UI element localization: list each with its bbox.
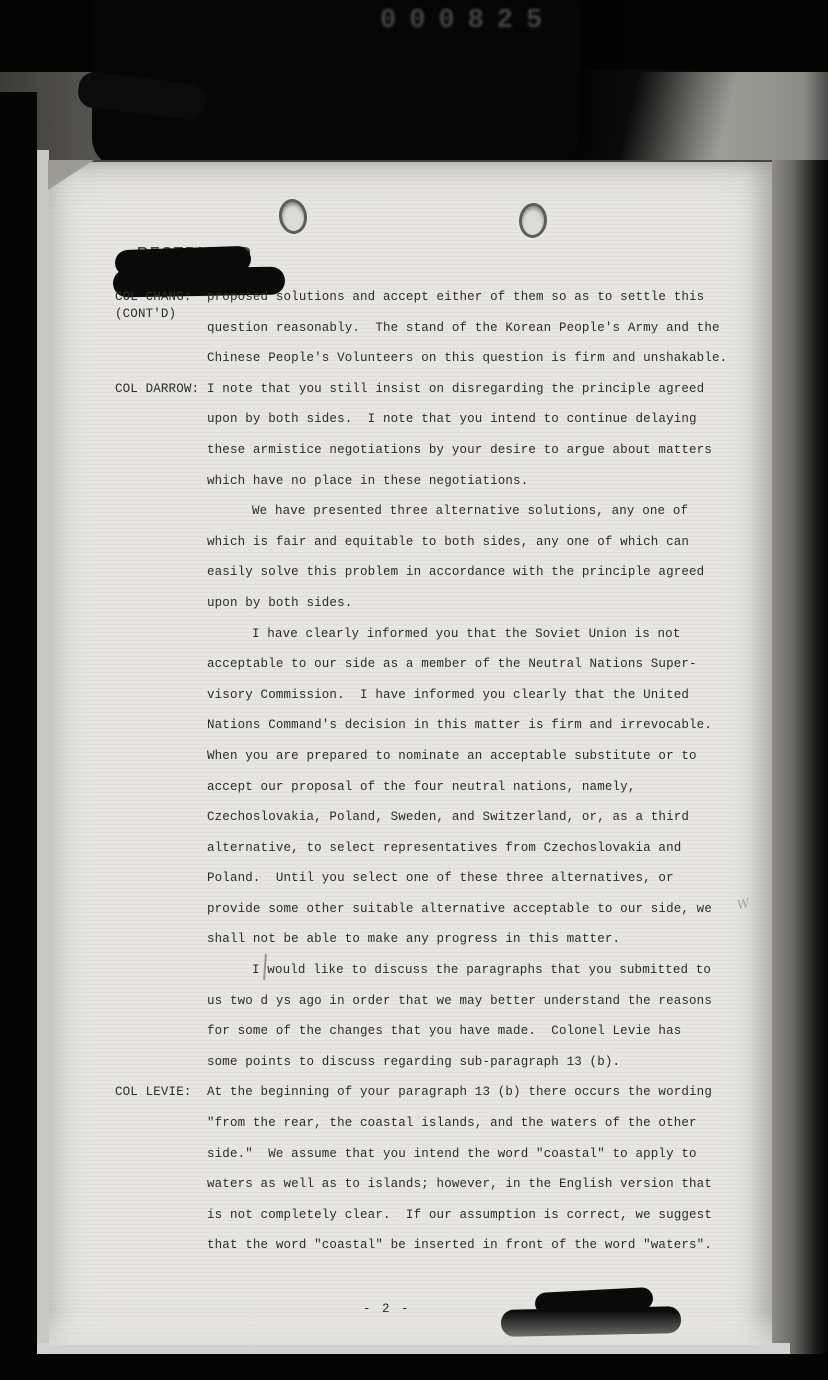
backing-sheet-left-edge [37,150,49,1354]
redaction-bar [535,1287,654,1315]
transcript-text: easily solve this problem in accordance … [207,565,704,579]
transcript-line: that the word "coastal" be inserted in f… [115,1238,735,1269]
transcript-line: We have presented three alternative solu… [115,504,735,535]
transcript-line: waters as well as to islands; however, i… [115,1177,735,1208]
transcript-text: provide some other suitable alternative … [207,902,712,916]
redaction-bar [501,1306,682,1337]
transcript-text: shall not be able to make any progress i… [207,932,620,946]
transcript-line: upon by both sides. I note that you inte… [115,412,735,443]
transcript-line: shall not be able to make any progress i… [115,932,735,963]
transcript-text: is not completely clear. If our assumpti… [207,1208,712,1222]
transcript-text: that the word "coastal" be inserted in f… [207,1238,712,1252]
pencil-mark: W [736,896,751,912]
film-left-black-edge [0,92,37,1380]
transcript-line: these armistice negotiations by your des… [115,443,735,474]
transcript-line: us two d ys ago in order that we may bet… [115,994,735,1025]
transcript-line: visory Commission. I have informed you c… [115,688,735,719]
transcript-line: Poland. Until you select one of these th… [115,871,735,902]
transcript-text: upon by both sides. [207,596,352,610]
device-arm [76,70,207,121]
transcript-text: At the beginning of your paragraph 13 (b… [207,1085,712,1099]
transcript-line: upon by both sides. [115,596,735,627]
transcript-text: which have no place in these negotiation… [207,474,528,488]
transcript-line: COL CHANG:(CONT'D)proposed solutions and… [115,290,735,321]
transcript-text: alternative, to select representatives f… [207,841,681,855]
transcript-line: I have clearly informed you that the Sov… [115,627,735,658]
transcript-text: I have clearly informed you that the Sov… [252,627,680,641]
transcript-text: for some of the changes that you have ma… [207,1024,681,1038]
transcript-line: accept our proposal of the four neutral … [115,780,735,811]
transcript-text: I would like to discuss the paragraphs t… [252,963,711,977]
counter-digits: 000825 [380,6,620,50]
transcript-text: visory Commission. I have informed you c… [207,688,689,702]
transcript-line: which is fair and equitable to both side… [115,535,735,566]
transcript-line: which have no place in these negotiation… [115,474,735,505]
page-corner-fold [48,160,94,190]
transcript-line: Nations Command's decision in this matte… [115,718,735,749]
page-number: - 2 - [363,1302,411,1316]
transcript-line: When you are prepared to nominate an acc… [115,749,735,780]
transcript-line: easily solve this problem in accordance … [115,565,735,596]
speaker-label: COL DARROW: [115,382,199,396]
transcript-line: is not completely clear. If our assumpti… [115,1208,735,1239]
transcript-text: some points to discuss regarding sub-par… [207,1055,620,1069]
punch-hole-left [277,197,310,236]
microfilm-photo-frame: 000825 RESTRICTED COL CHANG:(CONT'D)prop… [0,0,828,1380]
transcript-text: waters as well as to islands; however, i… [207,1177,712,1191]
transcript-line: provide some other suitable alternative … [115,902,735,933]
transcript-text: us two d ys ago in order that we may bet… [207,994,712,1008]
redaction-stamp-bottom [501,1290,701,1354]
transcript-line: for some of the changes that you have ma… [115,1024,735,1055]
transcript-line: Chinese People's Volunteers on this ques… [115,351,735,382]
transcript-text: Chinese People's Volunteers on this ques… [207,351,727,365]
backing-sheet-right-edge [772,160,828,1354]
transcript-text: question reasonably. The stand of the Ko… [207,321,720,335]
transcript-line: alternative, to select representatives f… [115,841,735,872]
transcript-line: COL DARROW:I note that you still insist … [115,382,735,413]
counter-device-silhouette: 000825 [92,0,580,168]
transcript-text: acceptable to our side as a member of th… [207,657,697,671]
transcript-line: COL LEVIE:At the beginning of your parag… [115,1085,735,1116]
transcript-text: Nations Command's decision in this matte… [207,718,712,732]
transcript-line: acceptable to our side as a member of th… [115,657,735,688]
document-page: RESTRICTED COL CHANG:(CONT'D)proposed so… [49,160,772,1345]
device-shadow [540,70,828,166]
transcript-text: I note that you still insist on disregar… [207,382,704,396]
punch-hole-right [518,202,548,239]
transcript-text: upon by both sides. I note that you inte… [207,412,697,426]
transcript-line: question reasonably. The stand of the Ko… [115,321,735,352]
film-bottom-black-band [0,1354,828,1380]
speaker-label: COL LEVIE: [115,1085,192,1099]
transcript-text: these armistice negotiations by your des… [207,443,712,457]
transcript-text: accept our proposal of the four neutral … [207,780,635,794]
transcript-text: which is fair and equitable to both side… [207,535,689,549]
transcript-text: We have presented three alternative solu… [252,504,688,518]
transcript-text: When you are prepared to nominate an acc… [207,749,697,763]
transcript-text: Poland. Until you select one of these th… [207,871,674,885]
transcript-line: "from the rear, the coastal islands, and… [115,1116,735,1147]
speaker-label-continued: (CONT'D) [115,307,176,321]
transcript-text: proposed solutions and accept either of … [207,290,704,304]
speaker-label: COL CHANG: [115,290,192,304]
transcript-line: I would like to discuss the paragraphs t… [115,963,735,994]
transcript-body: COL CHANG:(CONT'D)proposed solutions and… [115,290,735,1269]
transcript-line: some points to discuss regarding sub-par… [115,1055,735,1086]
transcript-line: side." We assume that you intend the wor… [115,1147,735,1178]
transcript-line: Czechoslovakia, Poland, Sweden, and Swit… [115,810,735,841]
transcript-text: side." We assume that you intend the wor… [207,1147,697,1161]
transcript-text: "from the rear, the coastal islands, and… [207,1116,697,1130]
transcript-text: Czechoslovakia, Poland, Sweden, and Swit… [207,810,689,824]
